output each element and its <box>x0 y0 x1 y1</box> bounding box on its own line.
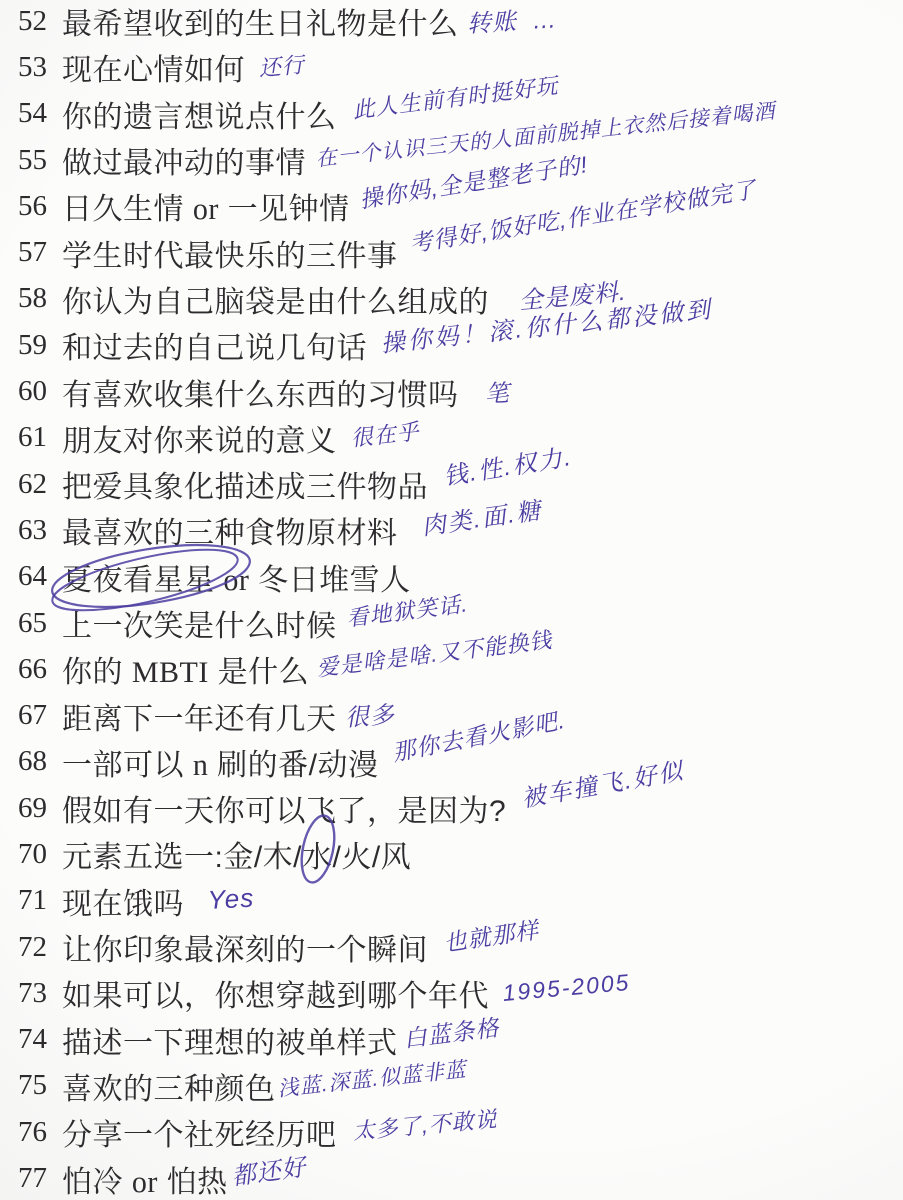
handwritten-answer: 很在乎 <box>349 415 421 453</box>
question-row-70: 70 元素五选一:金/木/水/火/风 <box>0 831 903 877</box>
question-row-68: 68 一部可以 n 刷的番/动漫 那你去看火影吧. <box>0 739 903 785</box>
question-row-57: 57 学生时代最快乐的三件事 考得好,饭好吃,作业在学校做完了 <box>0 229 903 275</box>
question-number: 52 <box>18 5 62 38</box>
question-number: 75 <box>18 1069 62 1102</box>
question-number: 62 <box>18 468 62 501</box>
question-row-59: 59 和过去的自己说几句话 操你妈！滚.你什么都没做到 <box>0 322 903 368</box>
question-text: 最喜欢的三种食物原材料 <box>62 508 398 552</box>
question-row-60: 60 有喜欢收集什么东西的习惯吗 笔 <box>0 368 903 414</box>
handwritten-answer: 1995-2005 <box>502 969 632 1007</box>
question-number: 64 <box>18 560 62 593</box>
question-text: 你的遗言想说点什么 <box>62 92 337 136</box>
question-text: 你的 MBTI 是什么 <box>62 647 309 691</box>
question-text: 最希望收到的生日礼物是什么 <box>62 0 459 43</box>
handwritten-answer: 还行 <box>257 48 306 83</box>
question-number: 57 <box>18 236 62 269</box>
question-number: 76 <box>18 1116 62 1149</box>
question-text: 和过去的自己说几句话 <box>62 323 367 367</box>
question-number: 61 <box>18 421 62 454</box>
question-number: 77 <box>18 1162 62 1195</box>
question-text: 把爱具象化描述成三件物品 <box>62 462 428 506</box>
question-number: 72 <box>18 931 62 964</box>
circled-choice: 水 <box>302 832 333 876</box>
question-number: 73 <box>18 977 62 1010</box>
question-number: 55 <box>18 144 62 177</box>
question-text: 喜欢的三种颜色 <box>62 1064 276 1108</box>
question-text: 朋友对你来说的意义 <box>62 416 337 460</box>
circled-text: 水 <box>302 841 333 874</box>
question-text: 学生时代最快乐的三件事 <box>62 231 398 275</box>
handwritten-answer: 笔 <box>484 373 510 409</box>
circled-text: 夏夜看星星 <box>62 564 215 597</box>
question-number: 59 <box>18 329 62 362</box>
question-row-75: 75 喜欢的三种颜色 浅蓝.深蓝.似蓝非蓝 <box>0 1063 903 1109</box>
question-number: 54 <box>18 97 62 130</box>
question-text: 日久生情 or 一见钟情 <box>62 184 350 228</box>
question-text: 怕冷 or 怕热 <box>62 1157 228 1200</box>
question-text: 现在心情如何 <box>62 45 245 89</box>
question-row-72: 72 让你印象最深刻的一个瞬间 也就那样 <box>0 924 903 970</box>
question-number: 68 <box>18 745 62 778</box>
question-text: 距离下一年还有几天 <box>62 694 337 738</box>
question-text-pre: 元素五选一:金/木/ <box>62 841 302 874</box>
question-number: 67 <box>18 699 62 732</box>
question-text: 夏夜看星星 or 冬日堆雪人 <box>62 555 411 599</box>
question-number: 71 <box>18 884 62 917</box>
question-number: 74 <box>18 1023 62 1056</box>
handwritten-answer: 转账 … <box>465 0 557 39</box>
question-text-post: /火/风 <box>333 841 412 874</box>
question-text: 元素五选一:金/木/水/火/风 <box>62 832 411 876</box>
circled-choice: 夏夜看星星 <box>62 555 215 599</box>
question-number: 56 <box>18 190 62 223</box>
handwritten-answer: 白蓝条格 <box>401 1010 500 1054</box>
handwritten-answer: 太多了,不敢说 <box>351 1102 498 1146</box>
question-row-62: 62 把爱具象化描述成三件物品 钱.性.权力. <box>0 461 903 507</box>
question-number: 66 <box>18 653 62 686</box>
question-row-73: 73 如果可以，你想穿越到哪个年代 1995-2005 <box>0 970 903 1016</box>
question-text: 有喜欢收集什么东西的习惯吗 <box>62 370 459 414</box>
handwritten-answer: 很多 <box>343 695 395 733</box>
question-text: 一部可以 n 刷的番/动漫 <box>62 740 379 784</box>
questionnaire-page: 52 最希望收到的生日礼物是什么 转账 … 53 现在心情如何 还行 54 你的… <box>0 0 903 1200</box>
question-text-rest: or 冬日堆雪人 <box>215 564 411 597</box>
question-row-58: 58 你认为自己脑袋是由什么组成的 全是废料. <box>0 276 903 322</box>
question-number: 53 <box>18 51 62 84</box>
question-row-77: 77 怕冷 or 怕热 都还好 <box>0 1155 903 1200</box>
question-text: 上一次笑是什么时候 <box>62 601 337 645</box>
question-text: 描述一下理想的被单样式 <box>62 1018 398 1062</box>
question-text: 让你印象最深刻的一个瞬间 <box>62 925 428 969</box>
question-row-66: 66 你的 MBTI 是什么 爱是啥是啥.又不能换钱 <box>0 646 903 692</box>
question-number: 58 <box>18 282 62 315</box>
question-number: 65 <box>18 607 62 640</box>
question-row-71: 71 现在饿吗 Yes <box>0 878 903 924</box>
question-row-69: 69 假如有一天你可以飞了，是因为? 被车撞飞.好似 <box>0 785 903 831</box>
question-text: 现在饿吗 <box>62 879 184 923</box>
handwritten-answer: Yes <box>207 883 255 916</box>
question-text: 如果可以，你想穿越到哪个年代 <box>62 971 489 1015</box>
question-number: 70 <box>18 838 62 871</box>
question-list: 52 最希望收到的生日礼物是什么 转账 … 53 现在心情如何 还行 54 你的… <box>0 0 903 1200</box>
question-number: 63 <box>18 514 62 547</box>
question-row-76: 76 分享一个社死经历吧 太多了,不敢说 <box>0 1109 903 1155</box>
question-number: 60 <box>18 375 62 408</box>
question-text: 假如有一天你可以飞了，是因为? <box>62 786 506 830</box>
question-number: 69 <box>18 792 62 825</box>
question-text: 你认为自己脑袋是由什么组成的 <box>62 277 489 321</box>
question-row-63: 63 最喜欢的三种食物原材料 肉类.面.糖 <box>0 507 903 553</box>
question-row-52: 52 最希望收到的生日礼物是什么 转账 … <box>0 0 903 44</box>
question-row-61: 61 朋友对你来说的意义 很在乎 <box>0 415 903 461</box>
question-text: 做过最冲动的事情 <box>62 138 306 182</box>
